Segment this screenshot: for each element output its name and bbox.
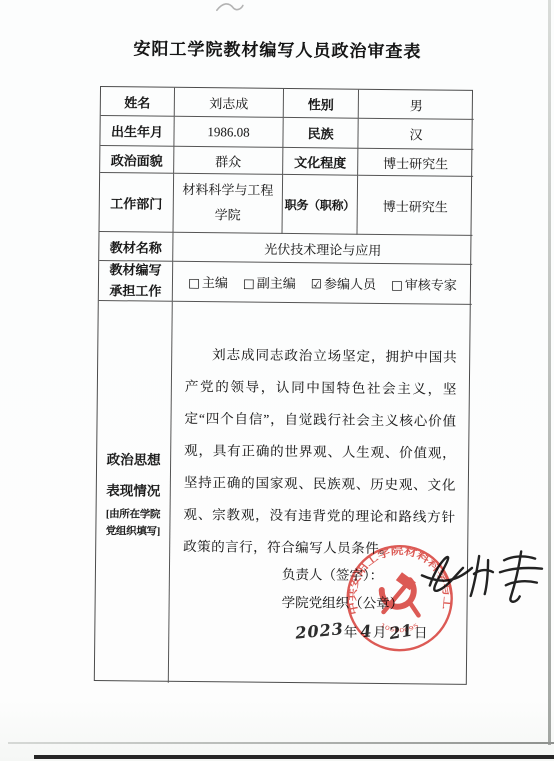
gender-label: 性别 (284, 89, 359, 119)
role-label-line1: 教材编写 (109, 260, 161, 281)
review-section-label: 政治思想 表现情况 [由所在学院 党组织填写] (95, 301, 173, 683)
checkbox-unchecked-icon: □ (188, 275, 200, 290)
position-value: 博士研究生 (357, 176, 473, 236)
name-label: 姓名 (101, 87, 175, 117)
education-label: 文化程度 (283, 148, 358, 176)
scanned-page: 安阳工学院教材编写人员政治审查表 姓名 刘志成 性别 男 出生年月 1986.0… (0, 0, 554, 761)
textbook-value: 光伏技术理论与应用 (173, 233, 472, 265)
ethnicity-value: 汉 (358, 119, 473, 150)
name-value: 刘志成 (175, 88, 284, 118)
handwritten-signature (416, 539, 554, 610)
department-value: 材料科学与工程学院 (173, 174, 283, 234)
birth-label: 出生年月 (100, 116, 174, 147)
department-label: 工作部门 (100, 173, 175, 233)
role-option-deputy-editor: □副主编 (243, 273, 296, 293)
education-value: 博士研究生 (358, 149, 473, 177)
role-label-line2: 承担工作 (109, 281, 161, 302)
textbook-label: 教材名称 (99, 232, 173, 262)
ethnicity-label: 民族 (283, 118, 358, 149)
page-bottom-shadow (8, 742, 554, 744)
role-option-contributor: ☑参编人员 (311, 273, 376, 293)
position-label: 职务（职称） (282, 175, 358, 235)
checkbox-unchecked-icon: □ (391, 277, 403, 292)
page-bottom-edge (34, 755, 554, 759)
page-title: 安阳工学院教材编写人员政治审查表 (0, 33, 554, 64)
hammer-sickle-icon (381, 572, 418, 615)
review-label-line2: 表现情况 (106, 475, 160, 507)
role-option-review-expert: □审核专家 (391, 274, 457, 294)
checkbox-checked-icon: ☑ (311, 276, 322, 291)
political-status-value: 群众 (174, 147, 283, 175)
review-paragraph: 刘志成同志政治立场坚定，拥护中国共产党的领导，认同中国特色社会主义，坚定“四个自… (170, 302, 472, 566)
review-note-line2: 党组织填写] (106, 525, 160, 540)
review-note-line1: [由所在学院 (106, 508, 160, 523)
document-sheet: 安阳工学院教材编写人员政治审查表 姓名 刘志成 性别 男 出生年月 1986.0… (0, 0, 554, 761)
role-option-chief-editor: □主编 (188, 272, 228, 291)
handwritten-year: 2023 (294, 615, 345, 647)
political-status-label: 政治面貌 (100, 146, 174, 174)
review-label-line1: 政治思想 (106, 444, 160, 476)
checkbox-unchecked-icon: □ (243, 276, 255, 291)
gender-value: 男 (359, 90, 474, 120)
role-label: 教材编写 承担工作 (99, 261, 173, 302)
scan-artifact-mark (215, 0, 245, 14)
page-right-edge (548, 0, 551, 745)
role-options: □主编 □副主编 ☑参编人员 □审核专家 (173, 262, 472, 305)
birth-value: 1986.08 (174, 117, 283, 148)
